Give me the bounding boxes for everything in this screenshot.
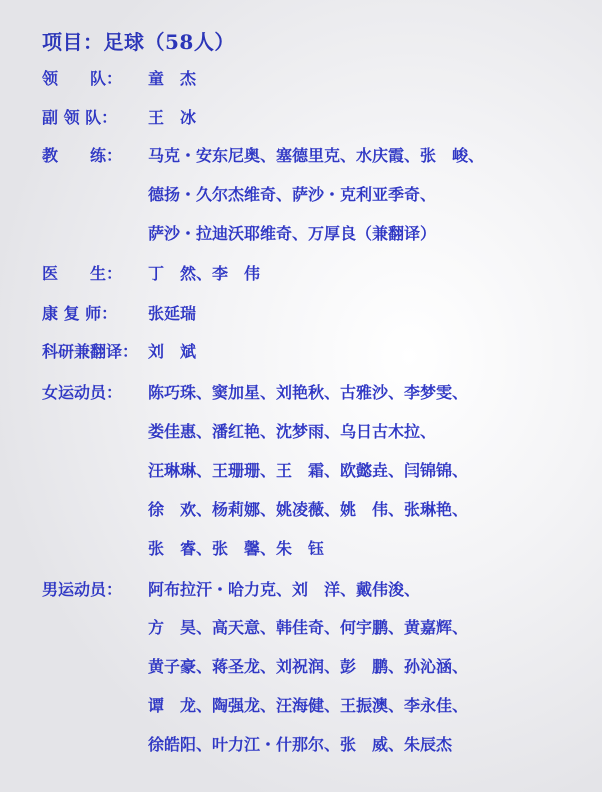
male-athletes-line-3: 黄子豪、蒋圣龙、刘祝润、彭 鹏、孙沁涵、 — [148, 654, 468, 680]
research-translator-label: 科研兼翻译： — [42, 339, 148, 365]
deputy-leader-row: 副 领 队： 王 冰 — [42, 105, 148, 131]
physio-label: 康 复 师： — [42, 301, 148, 327]
male-athletes-line-1: 阿布拉汗・哈力克、刘 洋、戴伟浚、 — [148, 577, 420, 603]
male-athletes-label: 男运动员： — [42, 577, 148, 603]
research-translator-row: 科研兼翻译： 刘 斌 — [42, 339, 148, 365]
male-athletes-line-2: 方 昊、高天意、韩佳奇、何宇鹏、黄嘉辉、 — [148, 615, 468, 641]
female-athletes-line-2: 娄佳惠、潘红艳、沈梦雨、乌日古木拉、 — [148, 419, 436, 445]
male-athletes-line-4: 谭 龙、陶强龙、汪海健、王振澳、李永佳、 — [148, 693, 468, 719]
coaches-label: 教 练： — [42, 143, 148, 169]
page-title: 项目：足球（58人） — [42, 26, 235, 55]
roster-document: 项目：足球（58人） 领 队： 童 杰 副 领 队： 王 冰 教 练： 马克・安… — [0, 0, 602, 792]
coaches-names-line-3: 萨沙・拉迪沃耶维奇、万厚良（兼翻译） — [148, 221, 436, 247]
research-translator-names: 刘 斌 — [148, 339, 196, 365]
female-athletes-line-5: 张 睿、张 馨、朱 钰 — [148, 536, 324, 562]
doctors-names: 丁 然、李 伟 — [148, 261, 260, 287]
female-athletes-label: 女运动员： — [42, 380, 148, 406]
doctors-label: 医 生： — [42, 261, 148, 287]
physio-names: 张延瑞 — [148, 301, 196, 327]
doctors-row: 医 生： 丁 然、李 伟 — [42, 261, 148, 287]
male-athletes-line-5: 徐皓阳、叶力江・什那尔、张 威、朱辰杰 — [148, 732, 452, 758]
deputy-leader-names: 王 冰 — [148, 105, 196, 131]
female-athletes-line-1: 陈巧珠、窦加星、刘艳秋、古雅沙、李梦雯、 — [148, 380, 468, 406]
male-athletes-row: 男运动员： 阿布拉汗・哈力克、刘 洋、戴伟浚、 — [42, 577, 148, 603]
leader-label: 领 队： — [42, 66, 148, 92]
female-athletes-row: 女运动员： 陈巧珠、窦加星、刘艳秋、古雅沙、李梦雯、 — [42, 380, 148, 406]
physio-row: 康 复 师： 张延瑞 — [42, 301, 148, 327]
female-athletes-line-4: 徐 欢、杨莉娜、姚凌薇、姚 伟、张琳艳、 — [148, 497, 468, 523]
coaches-names-line-2: 德扬・久尔杰维奇、萨沙・克利亚季奇、 — [148, 182, 436, 208]
leader-row: 领 队： 童 杰 — [42, 66, 148, 92]
deputy-leader-label: 副 领 队： — [42, 105, 148, 131]
coaches-names-line-1: 马克・安东尼奥、塞德里克、水庆霞、张 峻、 — [148, 143, 484, 169]
coaches-row: 教 练： 马克・安东尼奥、塞德里克、水庆霞、张 峻、 — [42, 143, 148, 169]
female-athletes-line-3: 汪琳琳、王珊珊、王 霜、欧懿垚、闫锦锦、 — [148, 458, 468, 484]
leader-names: 童 杰 — [148, 66, 196, 92]
